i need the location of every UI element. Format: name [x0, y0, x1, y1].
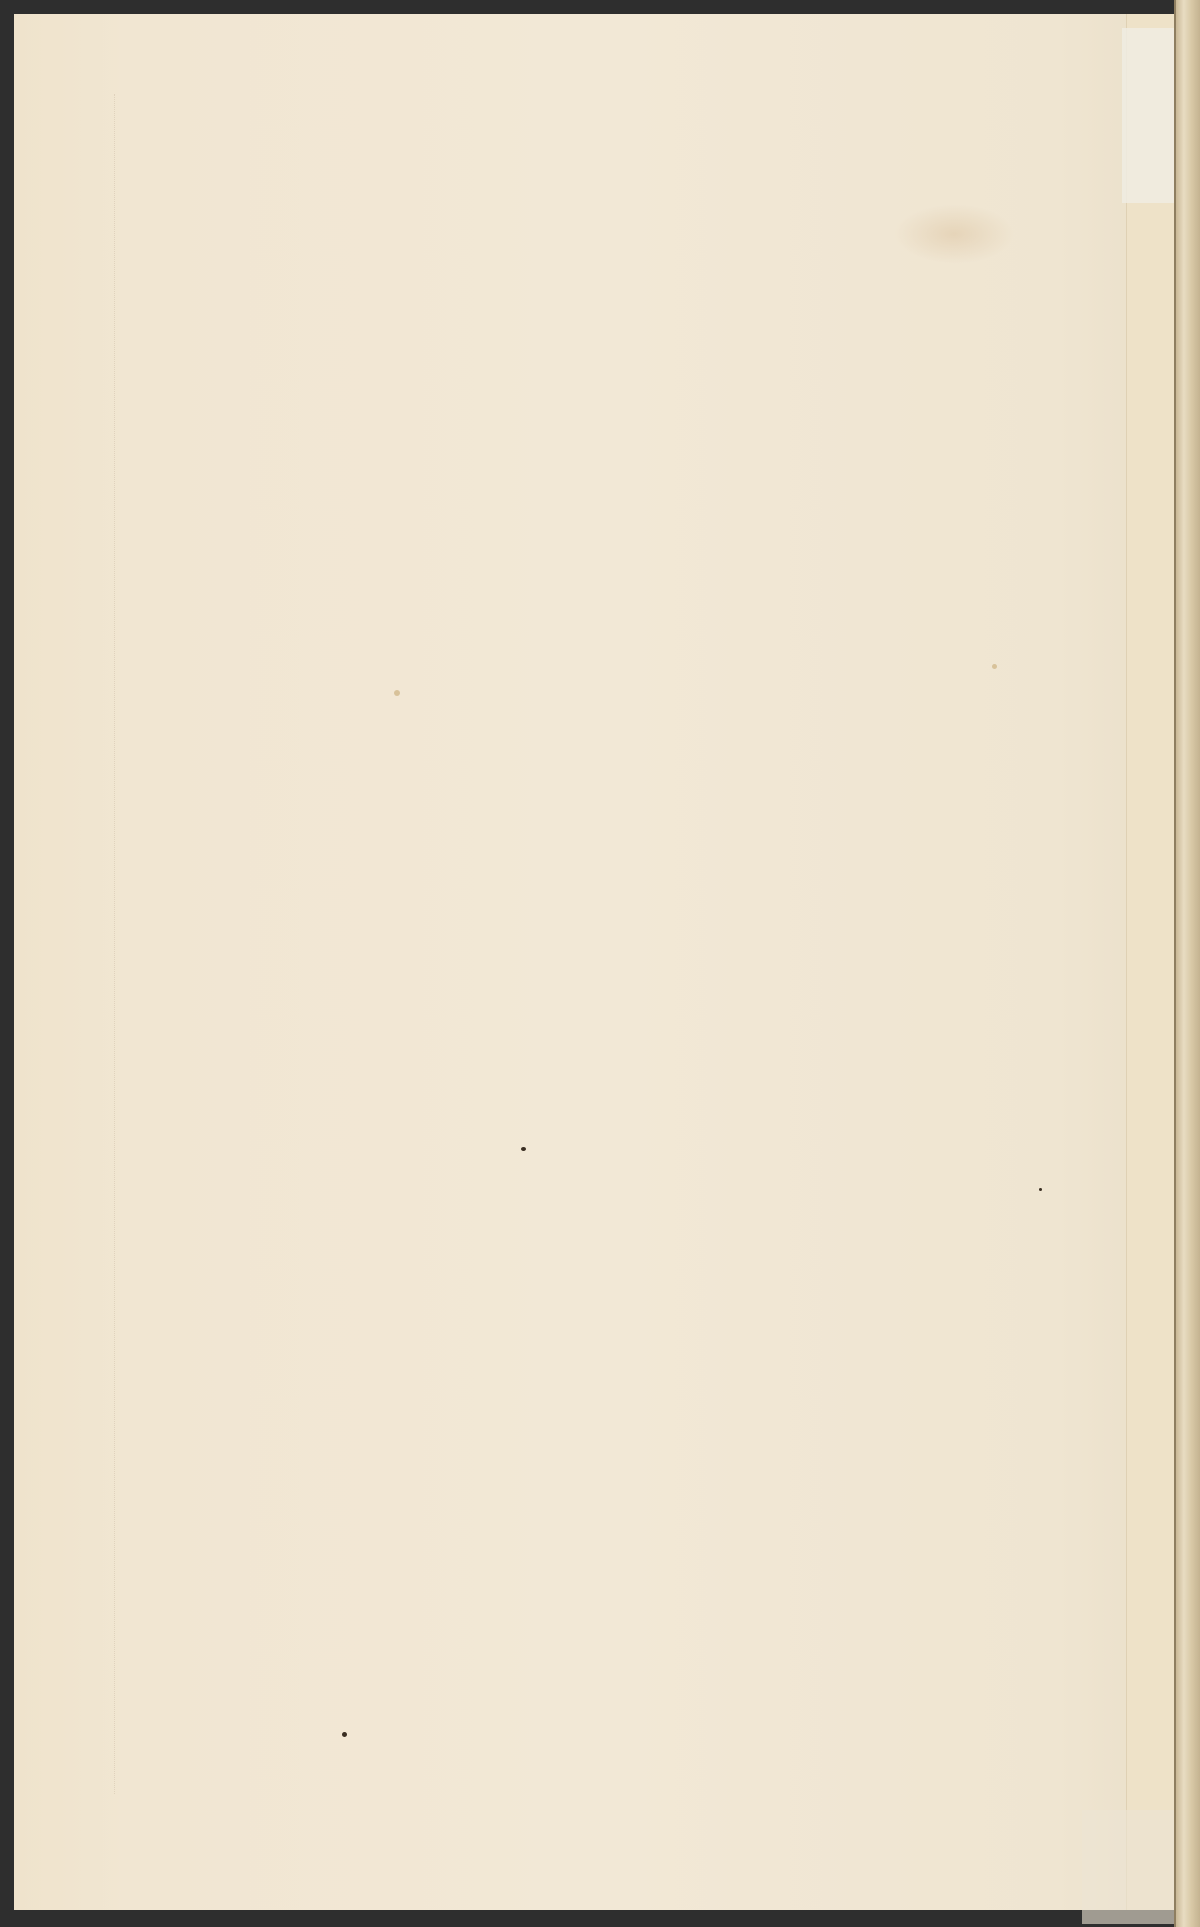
bleed-through-area [114, 94, 1035, 1794]
book-gutter [1174, 0, 1200, 1927]
tape-strip-bottom [1082, 1810, 1186, 1924]
blank-page [14, 14, 1174, 1910]
paper-stain [894, 204, 1014, 264]
speck [992, 664, 997, 669]
speck [342, 1732, 347, 1737]
speck [1039, 1188, 1042, 1191]
speck [394, 690, 400, 696]
speck [521, 1147, 526, 1151]
